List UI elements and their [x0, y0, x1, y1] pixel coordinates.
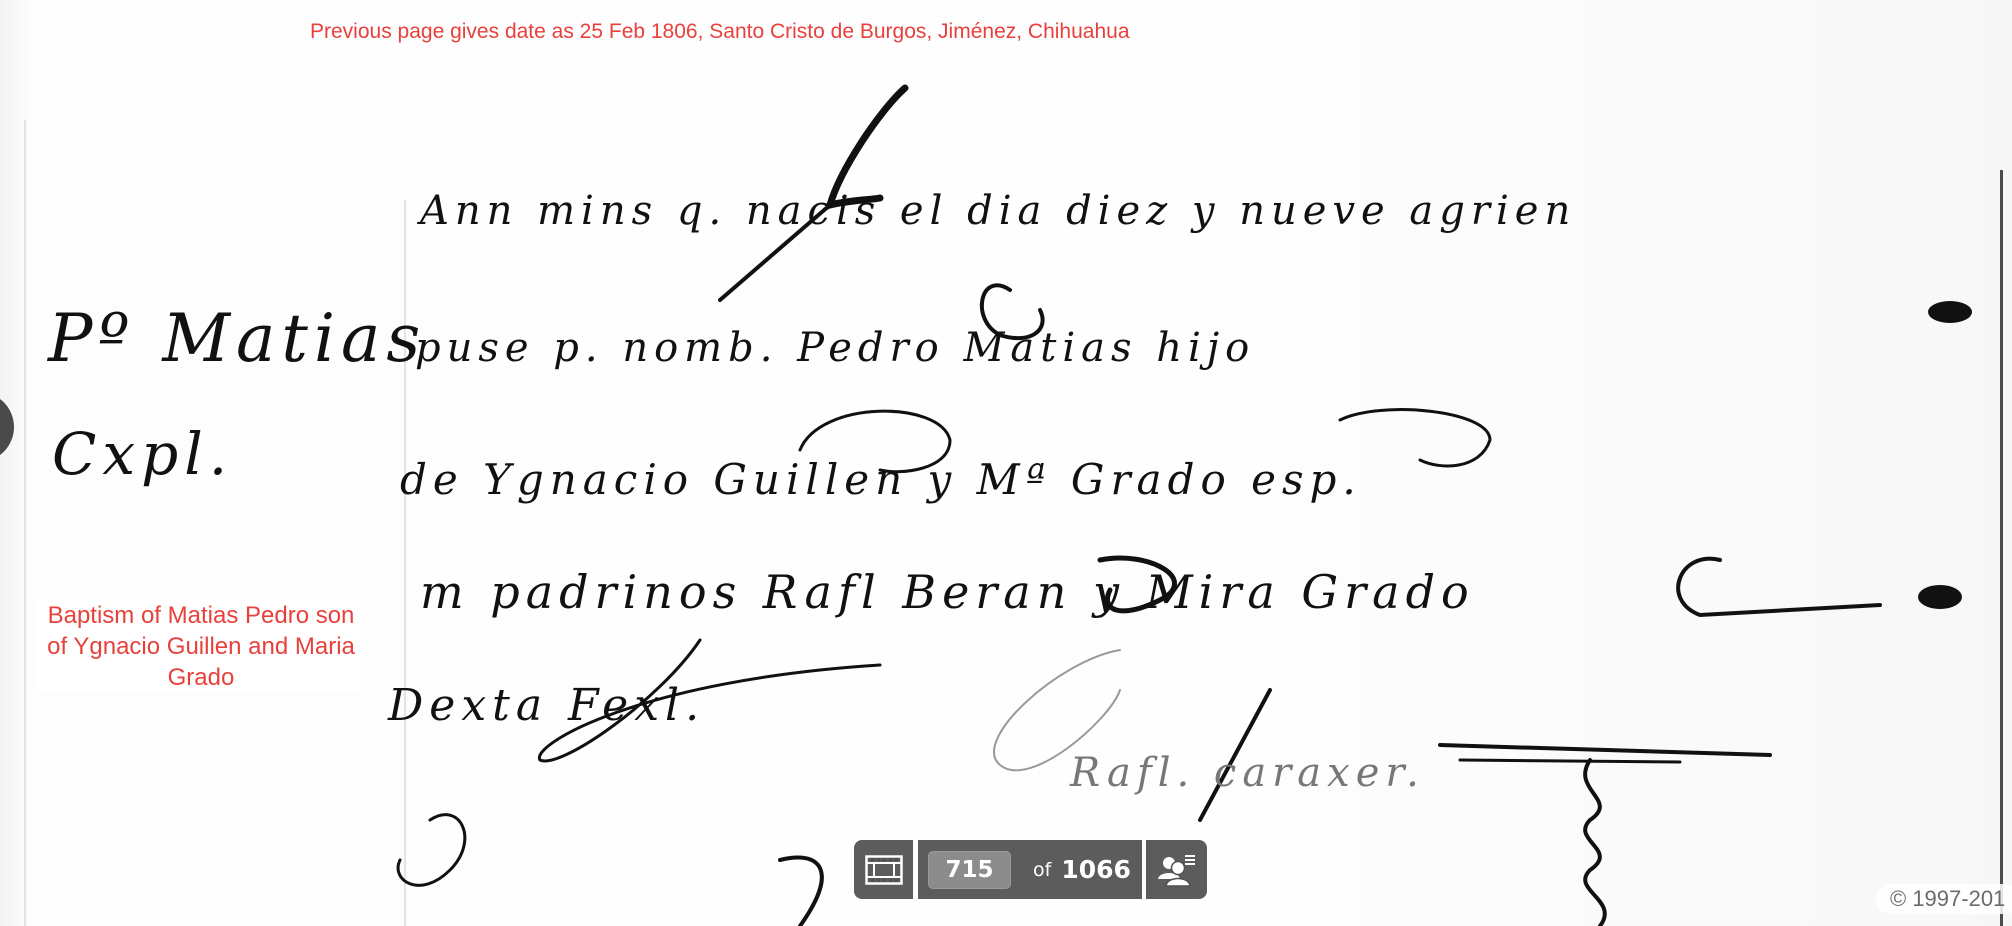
image-viewer[interactable]: Pº Matias Cxpl. Ann mins q. nacis el dia…	[0, 0, 2012, 926]
people-list-button[interactable]	[1146, 840, 1207, 899]
page-navigation-toolbar: 715 of 1066	[854, 840, 1207, 899]
total-pages: 1066	[1061, 855, 1131, 884]
current-page-input[interactable]: 715	[928, 851, 1011, 889]
margin-line-1: Pº Matias	[48, 300, 426, 377]
margin-line-2: Cxpl.	[52, 420, 233, 488]
annotation-baptism-note: Baptism of Matias Pedro son of Ygnacio G…	[36, 600, 366, 693]
people-list-icon	[1157, 853, 1197, 887]
filmstrip-button[interactable]	[854, 840, 913, 899]
body-line-3: de Ygnacio Guillen y Mª Grado esp.	[400, 455, 1362, 504]
body-line-1: Ann mins q. nacis el dia diez y nueve ag…	[420, 188, 1576, 234]
body-line-2: puse p. nomb. Pedro Matias hijo	[415, 325, 1255, 371]
body-line-5: Dexta Fexl.	[388, 680, 705, 731]
body-line-6: Rafl. caraxer.	[1070, 750, 1425, 796]
filmstrip-icon	[865, 855, 903, 885]
of-label: of	[1033, 859, 1051, 881]
body-line-4: m padrinos Rafl Beran y Mira Grado	[420, 565, 1475, 619]
page-counter: 715 of 1066	[918, 840, 1142, 899]
annotation-date-note: Previous page gives date as 25 Feb 1806,…	[310, 20, 1130, 44]
copyright-notice: © 1997-201	[1876, 884, 2012, 914]
